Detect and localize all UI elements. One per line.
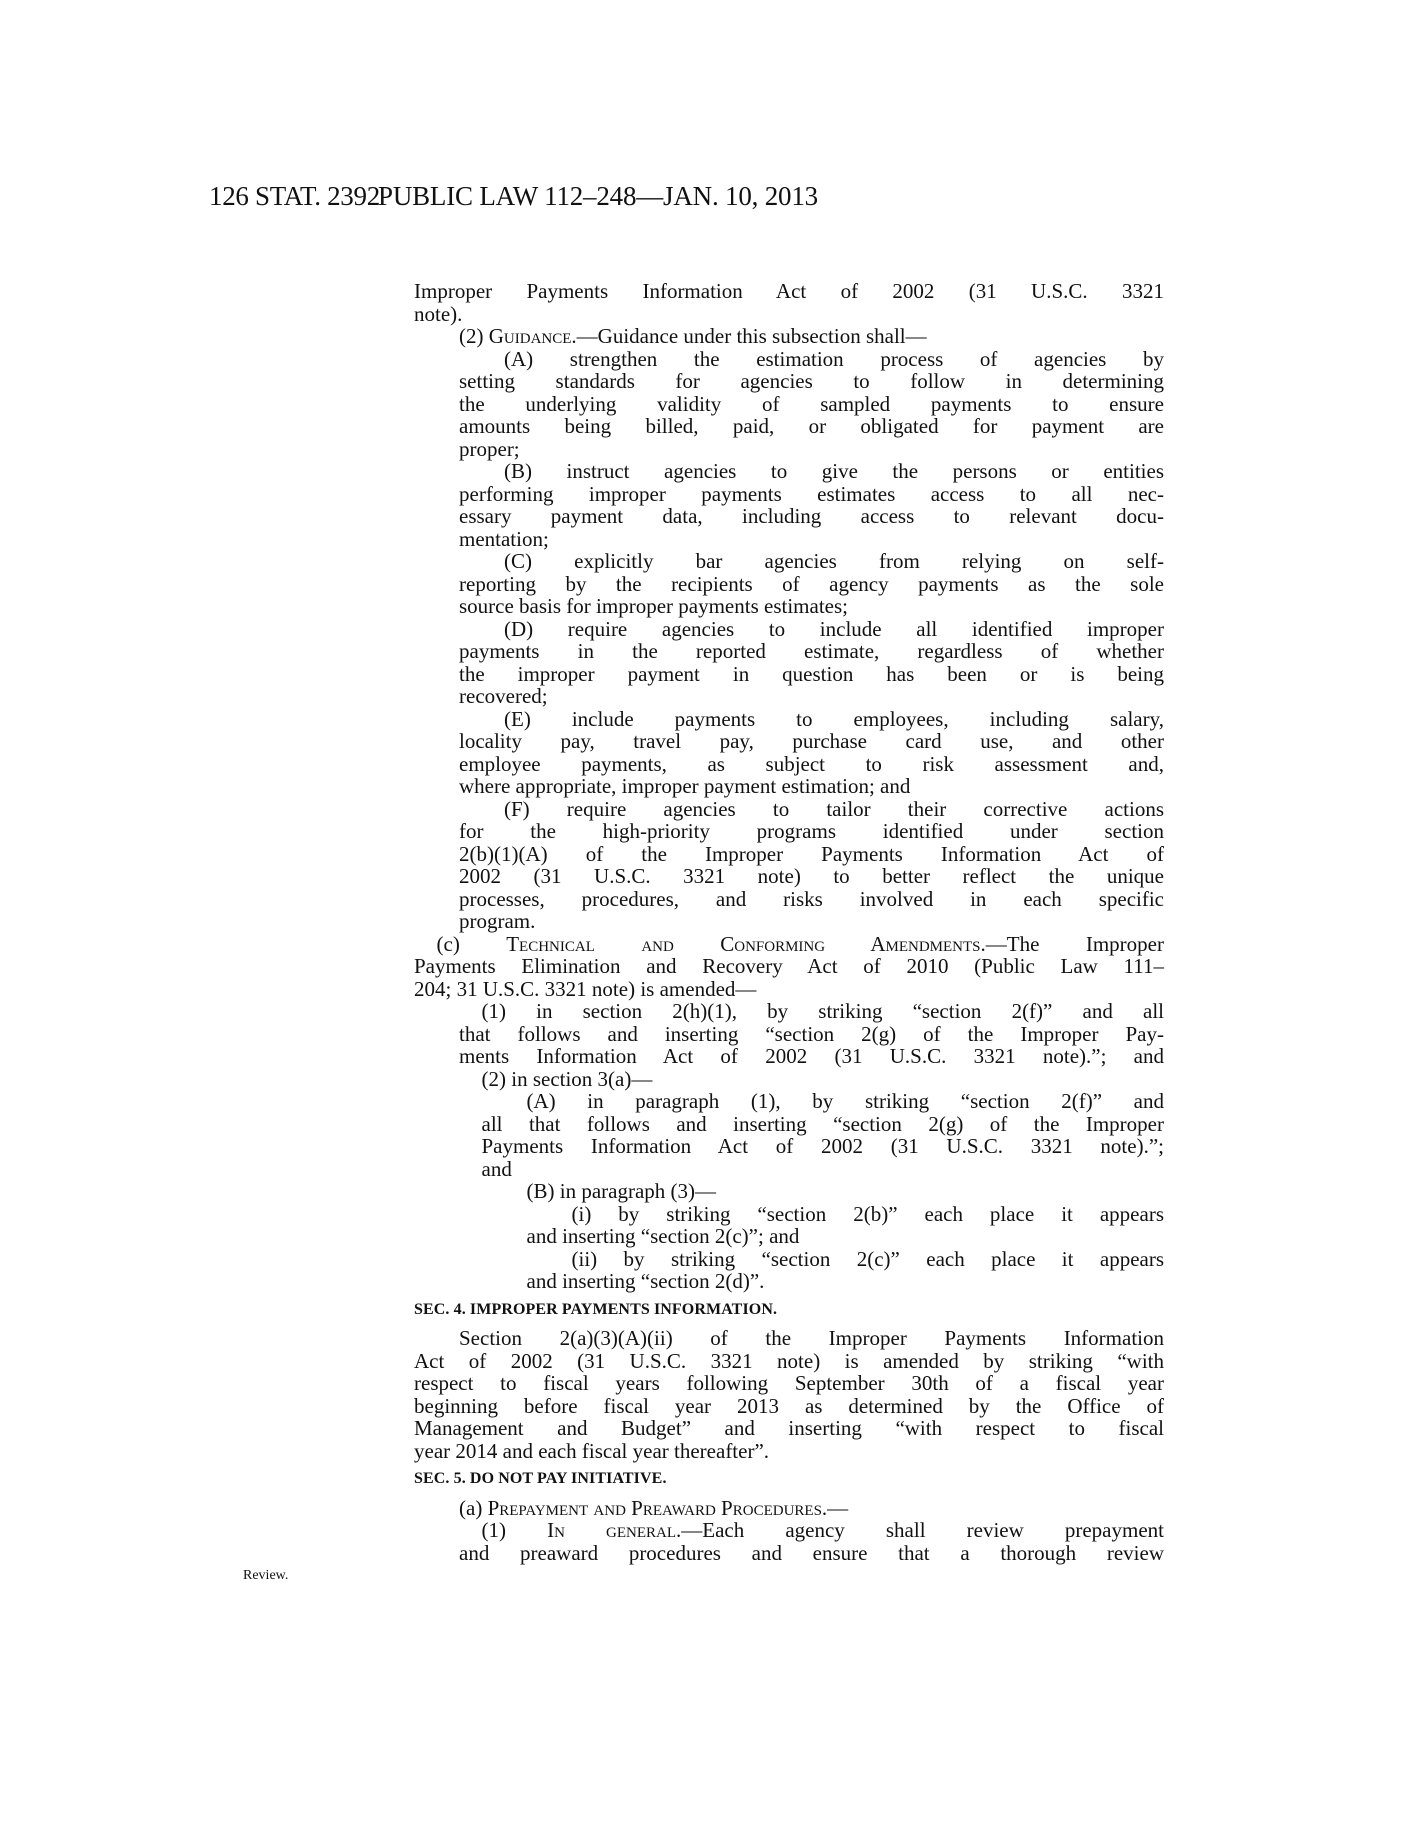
line-text: setting standards for agencies to follow… — [459, 369, 1164, 393]
text-line: the improper payment in question has bee… — [414, 663, 1164, 686]
line-text: (F) require agencies to tailor their cor… — [504, 797, 1164, 821]
line-text: respect to fiscal years following Septem… — [414, 1371, 1164, 1395]
text-line: and preaward procedures and ensure that … — [414, 1542, 1164, 1565]
text-line: ments Information Act of 2002 (31 U.S.C.… — [414, 1045, 1164, 1068]
text-line: beginning before fiscal year 2013 as det… — [414, 1395, 1164, 1418]
line-text: .— — [822, 1496, 848, 1520]
line-text: the improper payment in question has bee… — [459, 662, 1164, 686]
text-line: (A) in paragraph (1), by striking “secti… — [414, 1090, 1164, 1113]
line-text: all that follows and inserting “section … — [482, 1112, 1165, 1136]
line-text: (D) require agencies to include all iden… — [504, 617, 1164, 641]
text-line: (ii) by striking “section 2(c)” each pla… — [414, 1248, 1164, 1271]
line-text: .—The Improper — [981, 932, 1164, 956]
text-line: 204; 31 U.S.C. 3321 note) is amended— — [414, 978, 1164, 1001]
paragraph-marker: (c) — [437, 932, 507, 956]
text-line: all that follows and inserting “section … — [414, 1113, 1164, 1136]
line-text: processes, procedures, and risks involve… — [459, 887, 1164, 911]
line-text: (B) instruct agencies to give the person… — [504, 459, 1164, 483]
text-line: note). — [414, 303, 1164, 326]
line-text: (ii) by striking “section 2(c)” each pla… — [572, 1247, 1165, 1271]
line-text: (i) by striking “section 2(b)” each plac… — [572, 1202, 1165, 1226]
line-text: ments Information Act of 2002 (31 U.S.C.… — [459, 1044, 1164, 1068]
line-text: locality pay, travel pay, purchase card … — [459, 729, 1164, 753]
text-line: (a) Prepayment and Preaward Procedures.— — [414, 1497, 1164, 1520]
paragraph-marker: (2) — [459, 324, 489, 348]
line-text: and — [482, 1157, 512, 1181]
text-line: and inserting “section 2(d)”. — [414, 1270, 1164, 1293]
line-text: Management and Budget” and inserting “wi… — [414, 1416, 1164, 1440]
line-text: that follows and inserting “section 2(g)… — [459, 1022, 1164, 1046]
line-text: amounts being billed, paid, or obligated… — [459, 414, 1164, 438]
line-text: the underlying validity of sampled payme… — [459, 392, 1164, 416]
line-text: .—Guidance under this subsection shall— — [571, 324, 926, 348]
line-text: where appropriate, improper payment esti… — [459, 774, 910, 798]
text-line: employee payments, as subject to risk as… — [414, 753, 1164, 776]
text-line: that follows and inserting “section 2(g)… — [414, 1023, 1164, 1046]
page-reference: 126 STAT. 2392 — [209, 181, 380, 212]
text-line: (E) include payments to employees, inclu… — [414, 708, 1164, 731]
line-text: (1) in section 2(h)(1), by striking “sec… — [482, 999, 1165, 1023]
line-text: Payments Elimination and Recovery Act of… — [414, 954, 1164, 978]
paragraph-heading: Guidance — [489, 324, 572, 348]
line-text: proper; — [459, 437, 520, 461]
text-line: Act of 2002 (31 U.S.C. 3321 note) is ame… — [414, 1350, 1164, 1373]
text-line: (F) require agencies to tailor their cor… — [414, 798, 1164, 821]
line-text: reporting by the recipients of agency pa… — [459, 572, 1164, 596]
text-line: Management and Budget” and inserting “wi… — [414, 1417, 1164, 1440]
line-text: Section 2(a)(3)(A)(ii) of the Improper P… — [459, 1326, 1164, 1350]
text-line: (B) instruct agencies to give the person… — [414, 460, 1164, 483]
line-text: and preaward procedures and ensure that … — [459, 1541, 1164, 1565]
line-text: note). — [414, 302, 462, 326]
line-text: year 2014 and each fiscal year thereafte… — [414, 1439, 769, 1463]
section-heading: SEC. 5. DO NOT PAY INITIATIVE. — [414, 1468, 1164, 1491]
line-text: (B) in paragraph (3)— — [527, 1179, 717, 1203]
text-line: respect to fiscal years following Septem… — [414, 1372, 1164, 1395]
text-line: Improper Payments Information Act of 200… — [414, 280, 1164, 303]
text-line: (c) Technical and Conforming Amendments.… — [414, 933, 1164, 956]
text-line: locality pay, travel pay, purchase card … — [414, 730, 1164, 753]
text-line: (B) in paragraph (3)— — [414, 1180, 1164, 1203]
text-line: (1) In general.—Each agency shall review… — [414, 1519, 1164, 1542]
document-body: Improper Payments Information Act of 200… — [414, 280, 1164, 1564]
text-line: essary payment data, including access to… — [414, 505, 1164, 528]
paragraph-heading: Prepayment and Preaward Procedures — [488, 1496, 822, 1520]
paragraph-marker: (1) — [482, 1518, 548, 1542]
line-text: program. — [459, 909, 535, 933]
text-line: Section 2(a)(3)(A)(ii) of the Improper P… — [414, 1327, 1164, 1350]
text-line: 2(b)(1)(A) of the Improper Payments Info… — [414, 843, 1164, 866]
section-heading: SEC. 4. IMPROPER PAYMENTS INFORMATION. — [414, 1299, 1164, 1322]
line-text: payments in the reported estimate, regar… — [459, 639, 1164, 663]
text-line: year 2014 and each fiscal year thereafte… — [414, 1440, 1164, 1463]
text-line: source basis for improper payments estim… — [414, 595, 1164, 618]
text-line: Payments Elimination and Recovery Act of… — [414, 955, 1164, 978]
line-text: 2(b)(1)(A) of the Improper Payments Info… — [459, 842, 1164, 866]
line-text: recovered; — [459, 684, 548, 708]
text-line: where appropriate, improper payment esti… — [414, 775, 1164, 798]
text-line: (C) explicitly bar agencies from relying… — [414, 550, 1164, 573]
line-text: 2002 (31 U.S.C. 3321 note) to better ref… — [459, 864, 1164, 888]
text-line: recovered; — [414, 685, 1164, 708]
text-line: (2) Guidance.—Guidance under this subsec… — [414, 325, 1164, 348]
line-text: (E) include payments to employees, inclu… — [504, 707, 1164, 731]
line-text: .—Each agency shall review prepayment — [676, 1518, 1164, 1542]
text-line: payments in the reported estimate, regar… — [414, 640, 1164, 663]
text-line: performing improper payments estimates a… — [414, 483, 1164, 506]
line-text: employee payments, as subject to risk as… — [459, 752, 1164, 776]
line-text: (A) in paragraph (1), by striking “secti… — [527, 1089, 1165, 1113]
line-text: essary payment data, including access to… — [459, 504, 1164, 528]
line-text: mentation; — [459, 527, 549, 551]
line-text: and inserting “section 2(d)”. — [527, 1269, 765, 1293]
line-text: source basis for improper payments estim… — [459, 594, 848, 618]
text-line: processes, procedures, and risks involve… — [414, 888, 1164, 911]
page-title: PUBLIC LAW 112–248—JAN. 10, 2013 — [378, 181, 818, 212]
text-line: (i) by striking “section 2(b)” each plac… — [414, 1203, 1164, 1226]
paragraph-marker: (a) — [459, 1496, 488, 1520]
line-text: (2) in section 3(a)— — [482, 1067, 653, 1091]
paragraph-heading: In general — [547, 1518, 676, 1542]
paragraph-heading: Technical and Conforming Amendments — [506, 932, 980, 956]
line-text: Payments Information Act of 2002 (31 U.S… — [482, 1134, 1165, 1158]
line-text: performing improper payments estimates a… — [459, 482, 1164, 506]
margin-note-review: Review. — [243, 1568, 288, 1584]
text-line: (2) in section 3(a)— — [414, 1068, 1164, 1091]
text-line: the underlying validity of sampled payme… — [414, 393, 1164, 416]
text-line: 2002 (31 U.S.C. 3321 note) to better ref… — [414, 865, 1164, 888]
text-line: program. — [414, 910, 1164, 933]
text-line: amounts being billed, paid, or obligated… — [414, 415, 1164, 438]
text-line: and inserting “section 2(c)”; and — [414, 1225, 1164, 1248]
text-line: setting standards for agencies to follow… — [414, 370, 1164, 393]
text-line: mentation; — [414, 528, 1164, 551]
line-text: for the high-priority programs identifie… — [459, 819, 1164, 843]
text-line: Payments Information Act of 2002 (31 U.S… — [414, 1135, 1164, 1158]
text-line: (A) strengthen the estimation process of… — [414, 348, 1164, 371]
text-line: (D) require agencies to include all iden… — [414, 618, 1164, 641]
line-text: Act of 2002 (31 U.S.C. 3321 note) is ame… — [414, 1349, 1164, 1373]
text-line: reporting by the recipients of agency pa… — [414, 573, 1164, 596]
line-text: (C) explicitly bar agencies from relying… — [504, 549, 1164, 573]
line-text: and inserting “section 2(c)”; and — [527, 1224, 800, 1248]
text-line: (1) in section 2(h)(1), by striking “sec… — [414, 1000, 1164, 1023]
line-text: beginning before fiscal year 2013 as det… — [414, 1394, 1164, 1418]
text-line: and — [414, 1158, 1164, 1181]
line-text: Improper Payments Information Act of 200… — [414, 279, 1164, 303]
line-text: 204; 31 U.S.C. 3321 note) is amended— — [414, 977, 756, 1001]
text-line: proper; — [414, 438, 1164, 461]
text-line: for the high-priority programs identifie… — [414, 820, 1164, 843]
line-text: (A) strengthen the estimation process of… — [504, 347, 1164, 371]
